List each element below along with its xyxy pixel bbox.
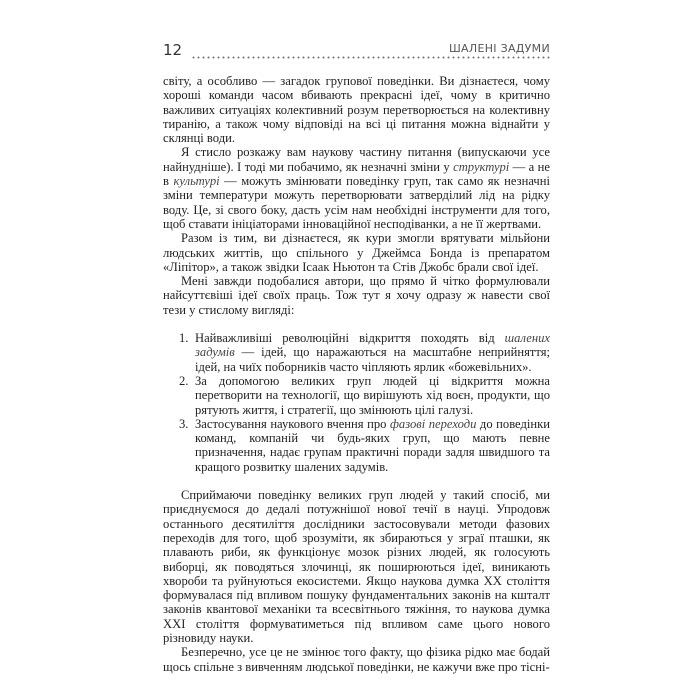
thesis-item-2: 2.За допомогою великих груп людей ці від… [183, 374, 550, 417]
paragraph-5: Сприймаючи поведінку великих груп людей … [163, 488, 550, 645]
text-run: Найважливіші революційні відкриття поход… [195, 331, 505, 345]
text-run: — ідей, що наражаються на масштабне непр… [195, 345, 550, 373]
emphasis-culture: культурі [173, 174, 219, 188]
body-text: світу, а особливо — загадок групової пов… [163, 74, 550, 674]
spacer [163, 474, 550, 488]
paragraph-2: Я стисло розкажу вам наукову частину пит… [163, 145, 550, 231]
text-run: — можуть змінювати поведінку груп, так с… [163, 174, 550, 231]
paragraph-3: Разом із тим, ви дізнаєтеся, як кури змо… [163, 231, 550, 274]
page-number: 12 [163, 40, 182, 60]
page-header: 12 ШАЛЕНІ ЗАДУМИ [163, 40, 550, 62]
thesis-item-1: 1.Найважливіші революційні відкриття пох… [183, 331, 550, 374]
running-title: ШАЛЕНІ ЗАДУМИ [449, 41, 550, 57]
emphasis-phase-transitions: фазові переходи [390, 417, 476, 431]
emphasis-structure: структурі [453, 160, 509, 174]
spacer [163, 317, 550, 331]
list-number: 1. [179, 331, 188, 345]
dotted-leader-divider [191, 56, 550, 59]
paragraph-continuation: світу, а особливо — загадок групової пов… [163, 74, 550, 145]
text-run: За допомогою великих груп людей ці відкр… [195, 374, 550, 417]
theses-list: 1.Найважливіші революційні відкриття пох… [163, 331, 550, 474]
text-run: Застосування наукового вчення про [195, 417, 390, 431]
paragraph-6: Безперечно, усе це не змінює того факту,… [163, 645, 550, 674]
paragraph-4: Мені завжди подобалися автори, що прямо … [163, 274, 550, 317]
thesis-item-3: 3.Застосування наукового вчення про фазо… [183, 417, 550, 474]
list-number: 3. [179, 417, 188, 431]
book-page: 12 ШАЛЕНІ ЗАДУМИ світу, а особливо — заг… [0, 0, 700, 700]
list-number: 2. [179, 374, 188, 388]
